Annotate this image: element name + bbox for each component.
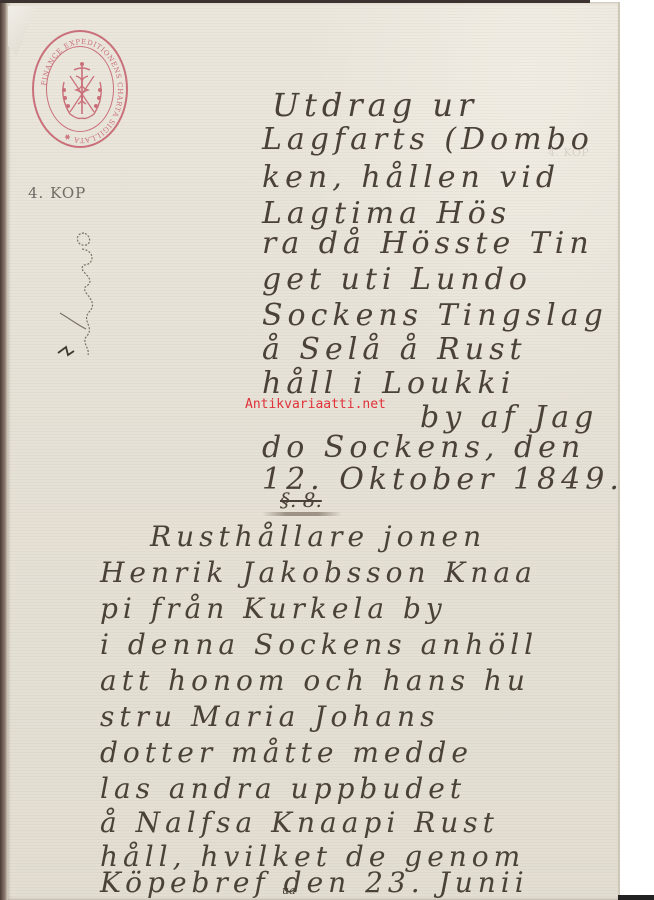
charta-sigillata-seal-icon: FINANCE EXPEDITIONENS CHARTA SIGILLATA ✱ bbox=[32, 30, 128, 148]
heading-line: get uti Lundo bbox=[262, 262, 532, 297]
section-number: §. 8. bbox=[280, 488, 322, 512]
abbreviation-mark: ua bbox=[282, 884, 296, 897]
caduceus-wreath-icon: FINANCE EXPEDITIONENS CHARTA SIGILLATA ✱ bbox=[34, 32, 130, 150]
fee-stamp: 4. KOP bbox=[28, 184, 86, 202]
heading-line: Utdrag ur bbox=[272, 86, 478, 124]
watermark-link[interactable]: Antikvariaatti.net bbox=[245, 397, 386, 412]
heading-line: Sockens Tingslag bbox=[262, 298, 608, 333]
body-line: stru Maria Johans bbox=[100, 700, 439, 733]
scan-border bbox=[618, 895, 654, 900]
top-edge bbox=[0, 0, 590, 3]
body-line: Henrik Jakobsson Knaa bbox=[100, 556, 537, 589]
heading-line: Lagfarts (Dombo bbox=[262, 122, 594, 157]
body-line: i denna Sockens anhöll bbox=[100, 628, 538, 661]
body-line: dotter måtte medde bbox=[100, 736, 473, 769]
binding-edge bbox=[0, 0, 8, 900]
heading-line: ken, hållen vid bbox=[262, 160, 560, 195]
heading-line: å Selå å Rust bbox=[262, 332, 527, 367]
body-line: pi från Kurkela by bbox=[100, 592, 447, 625]
signature-flourish-icon bbox=[56, 225, 116, 365]
body-line: att honom och hans hu bbox=[100, 664, 530, 697]
heading-line: håll i Loukki bbox=[262, 366, 515, 401]
heading-line: ra då Hösste Tin bbox=[262, 226, 594, 261]
body-line: Rusthållare jonen bbox=[150, 520, 486, 553]
heading-line: do Sockens, den bbox=[262, 430, 585, 465]
body-line: å Nalfsa Knaapi Rust bbox=[100, 806, 499, 839]
divider bbox=[262, 512, 342, 516]
body-line: Köpebref den 23. Junii bbox=[100, 866, 529, 899]
body-line: las andra uppbudet bbox=[100, 772, 466, 805]
